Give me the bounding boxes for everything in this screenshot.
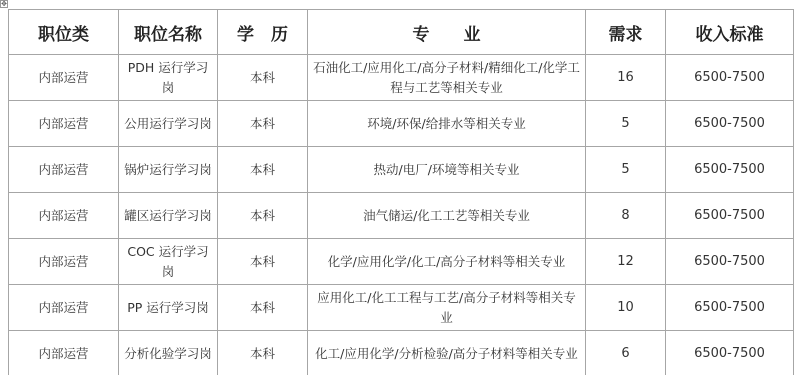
table-row: 内部运营 分析化验学习岗 本科 化工/应用化学/分析检验/高分子材料等相关专业 … (9, 331, 794, 375)
table-row: 内部运营 PP 运行学习岗 本科 应用化工/化工工程与工艺/高分子材料等相关专业… (9, 285, 794, 331)
cell-education: 本科 (218, 285, 308, 331)
cell-position: 罐区运行学习岗 (119, 193, 218, 239)
header-major: 专 业 (308, 10, 586, 55)
cell-demand: 5 (586, 147, 666, 193)
table-row: 内部运营 公用运行学习岗 本科 环境/环保/给排水等相关专业 5 6500-75… (9, 101, 794, 147)
job-openings-table: 职位类 职位名称 学 历 专 业 需求 收入标准 内部运营 PDH 运行学习岗 … (8, 9, 794, 375)
cell-major: 油气储运/化工工艺等相关专业 (308, 193, 586, 239)
cell-salary: 6500-7500 (666, 285, 794, 331)
cell-demand: 8 (586, 193, 666, 239)
cell-major: 热动/电厂/环境等相关专业 (308, 147, 586, 193)
cell-major: 应用化工/化工工程与工艺/高分子材料等相关专业 (308, 285, 586, 331)
cell-position: 公用运行学习岗 (119, 101, 218, 147)
cell-demand: 6 (586, 331, 666, 375)
header-demand: 需求 (586, 10, 666, 55)
cell-demand: 5 (586, 101, 666, 147)
cell-position: COC 运行学习岗 (119, 239, 218, 285)
cell-education: 本科 (218, 147, 308, 193)
cell-position: 分析化验学习岗 (119, 331, 218, 375)
table-header-row: 职位类 职位名称 学 历 专 业 需求 收入标准 (9, 10, 794, 55)
cell-major: 石油化工/应用化工/高分子材料/精细化工/化学工程与工艺等相关专业 (308, 55, 586, 101)
cell-category: 内部运营 (9, 285, 119, 331)
cell-education: 本科 (218, 193, 308, 239)
table-row: 内部运营 锅炉运行学习岗 本科 热动/电厂/环境等相关专业 5 6500-750… (9, 147, 794, 193)
cell-category: 内部运营 (9, 193, 119, 239)
table-row: 内部运营 罐区运行学习岗 本科 油气储运/化工工艺等相关专业 8 6500-75… (9, 193, 794, 239)
table-move-handle-icon[interactable]: ✥ (0, 0, 8, 8)
cell-position: PP 运行学习岗 (119, 285, 218, 331)
cell-category: 内部运营 (9, 147, 119, 193)
cell-major: 化工/应用化学/分析检验/高分子材料等相关专业 (308, 331, 586, 375)
cell-demand: 10 (586, 285, 666, 331)
cell-demand: 12 (586, 239, 666, 285)
cell-salary: 6500-7500 (666, 193, 794, 239)
cell-category: 内部运营 (9, 239, 119, 285)
cell-category: 内部运营 (9, 101, 119, 147)
table-row: 内部运营 PDH 运行学习岗 本科 石油化工/应用化工/高分子材料/精细化工/化… (9, 55, 794, 101)
header-category: 职位类 (9, 10, 119, 55)
cell-salary: 6500-7500 (666, 239, 794, 285)
cell-major: 环境/环保/给排水等相关专业 (308, 101, 586, 147)
cell-salary: 6500-7500 (666, 101, 794, 147)
cell-category: 内部运营 (9, 55, 119, 101)
cell-salary: 6500-7500 (666, 147, 794, 193)
cell-position: 锅炉运行学习岗 (119, 147, 218, 193)
table-row: 内部运营 COC 运行学习岗 本科 化学/应用化学/化工/高分子材料等相关专业 … (9, 239, 794, 285)
cell-education: 本科 (218, 55, 308, 101)
cell-position: PDH 运行学习岗 (119, 55, 218, 101)
cell-salary: 6500-7500 (666, 331, 794, 375)
header-salary: 收入标准 (666, 10, 794, 55)
cell-education: 本科 (218, 239, 308, 285)
header-education: 学 历 (218, 10, 308, 55)
header-position: 职位名称 (119, 10, 218, 55)
cell-education: 本科 (218, 331, 308, 375)
cell-demand: 16 (586, 55, 666, 101)
cell-category: 内部运营 (9, 331, 119, 375)
cell-education: 本科 (218, 101, 308, 147)
cell-major: 化学/应用化学/化工/高分子材料等相关专业 (308, 239, 586, 285)
cell-salary: 6500-7500 (666, 55, 794, 101)
